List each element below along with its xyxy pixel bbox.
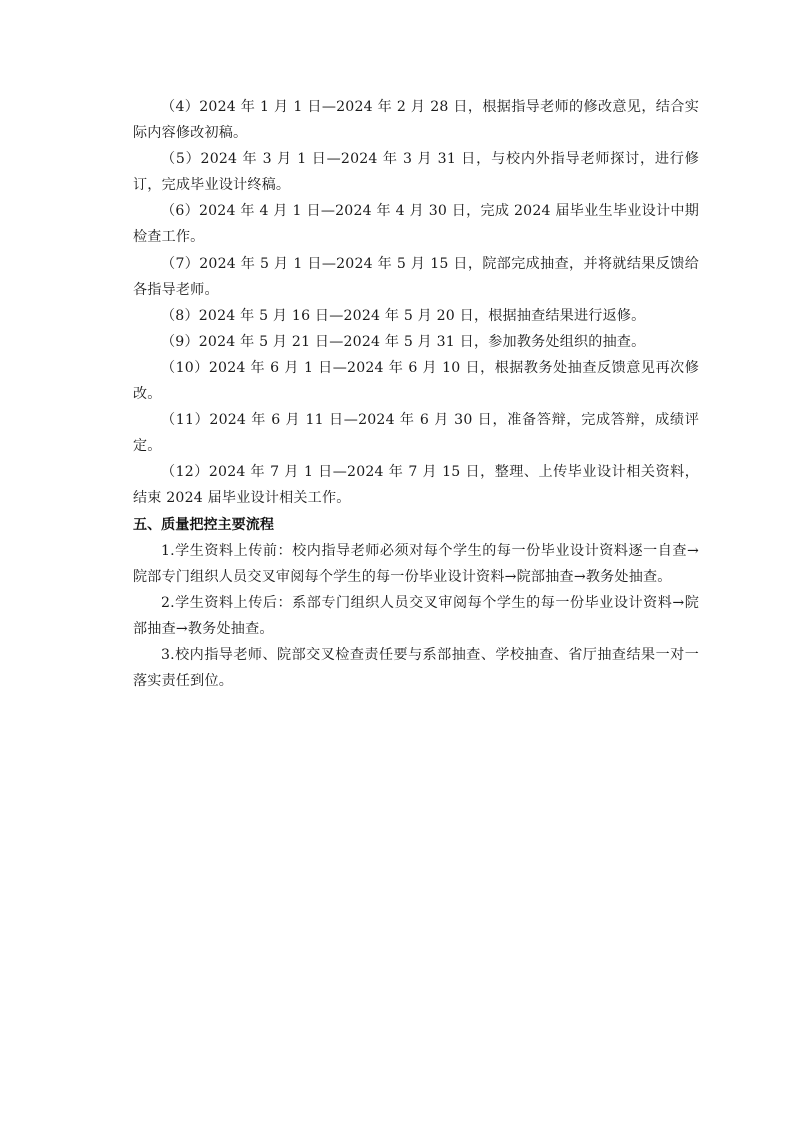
schedule-item-6: （6）2024 年 4 月 1 日—2024 年 4 月 30 日，完成 202… <box>133 198 699 250</box>
schedule-item-9: （9）2024 年 5 月 21 日—2024 年 5 月 31 日，参加教务处… <box>133 329 699 355</box>
quality-step-2: 2.学生资料上传后：系部专门组织人员交叉审阅每个学生的每一份毕业设计资料→院部抽… <box>133 590 699 642</box>
schedule-item-11: （11）2024 年 6 月 11 日—2024 年 6 月 30 日，准备答辩… <box>133 407 699 459</box>
schedule-item-12: （12）2024 年 7 月 1 日—2024 年 7 月 15 日，整理、上传… <box>133 459 699 511</box>
schedule-item-10: （10）2024 年 6 月 1 日—2024 年 6 月 10 日，根据教务处… <box>133 355 699 407</box>
schedule-item-4: （4）2024 年 1 月 1 日—2024 年 2 月 28 日，根据指导老师… <box>133 94 699 146</box>
document-page: （4）2024 年 1 月 1 日—2024 年 2 月 28 日，根据指导老师… <box>133 94 699 694</box>
quality-step-1: 1.学生资料上传前：校内指导老师必须对每个学生的每一份毕业设计资料逐一自查→院部… <box>133 538 699 590</box>
section-heading-quality-control: 五、质量把控主要流程 <box>133 512 699 538</box>
schedule-item-5: （5）2024 年 3 月 1 日—2024 年 3 月 31 日，与校内外指导… <box>133 146 699 198</box>
schedule-item-8: （8）2024 年 5 月 16 日—2024 年 5 月 20 日，根据抽查结… <box>133 303 699 329</box>
quality-step-3: 3.校内指导老师、院部交叉检查责任要与系部抽查、学校抽查、省厅抽查结果一对一落实… <box>133 642 699 694</box>
schedule-item-7: （7）2024 年 5 月 1 日—2024 年 5 月 15 日，院部完成抽查… <box>133 251 699 303</box>
